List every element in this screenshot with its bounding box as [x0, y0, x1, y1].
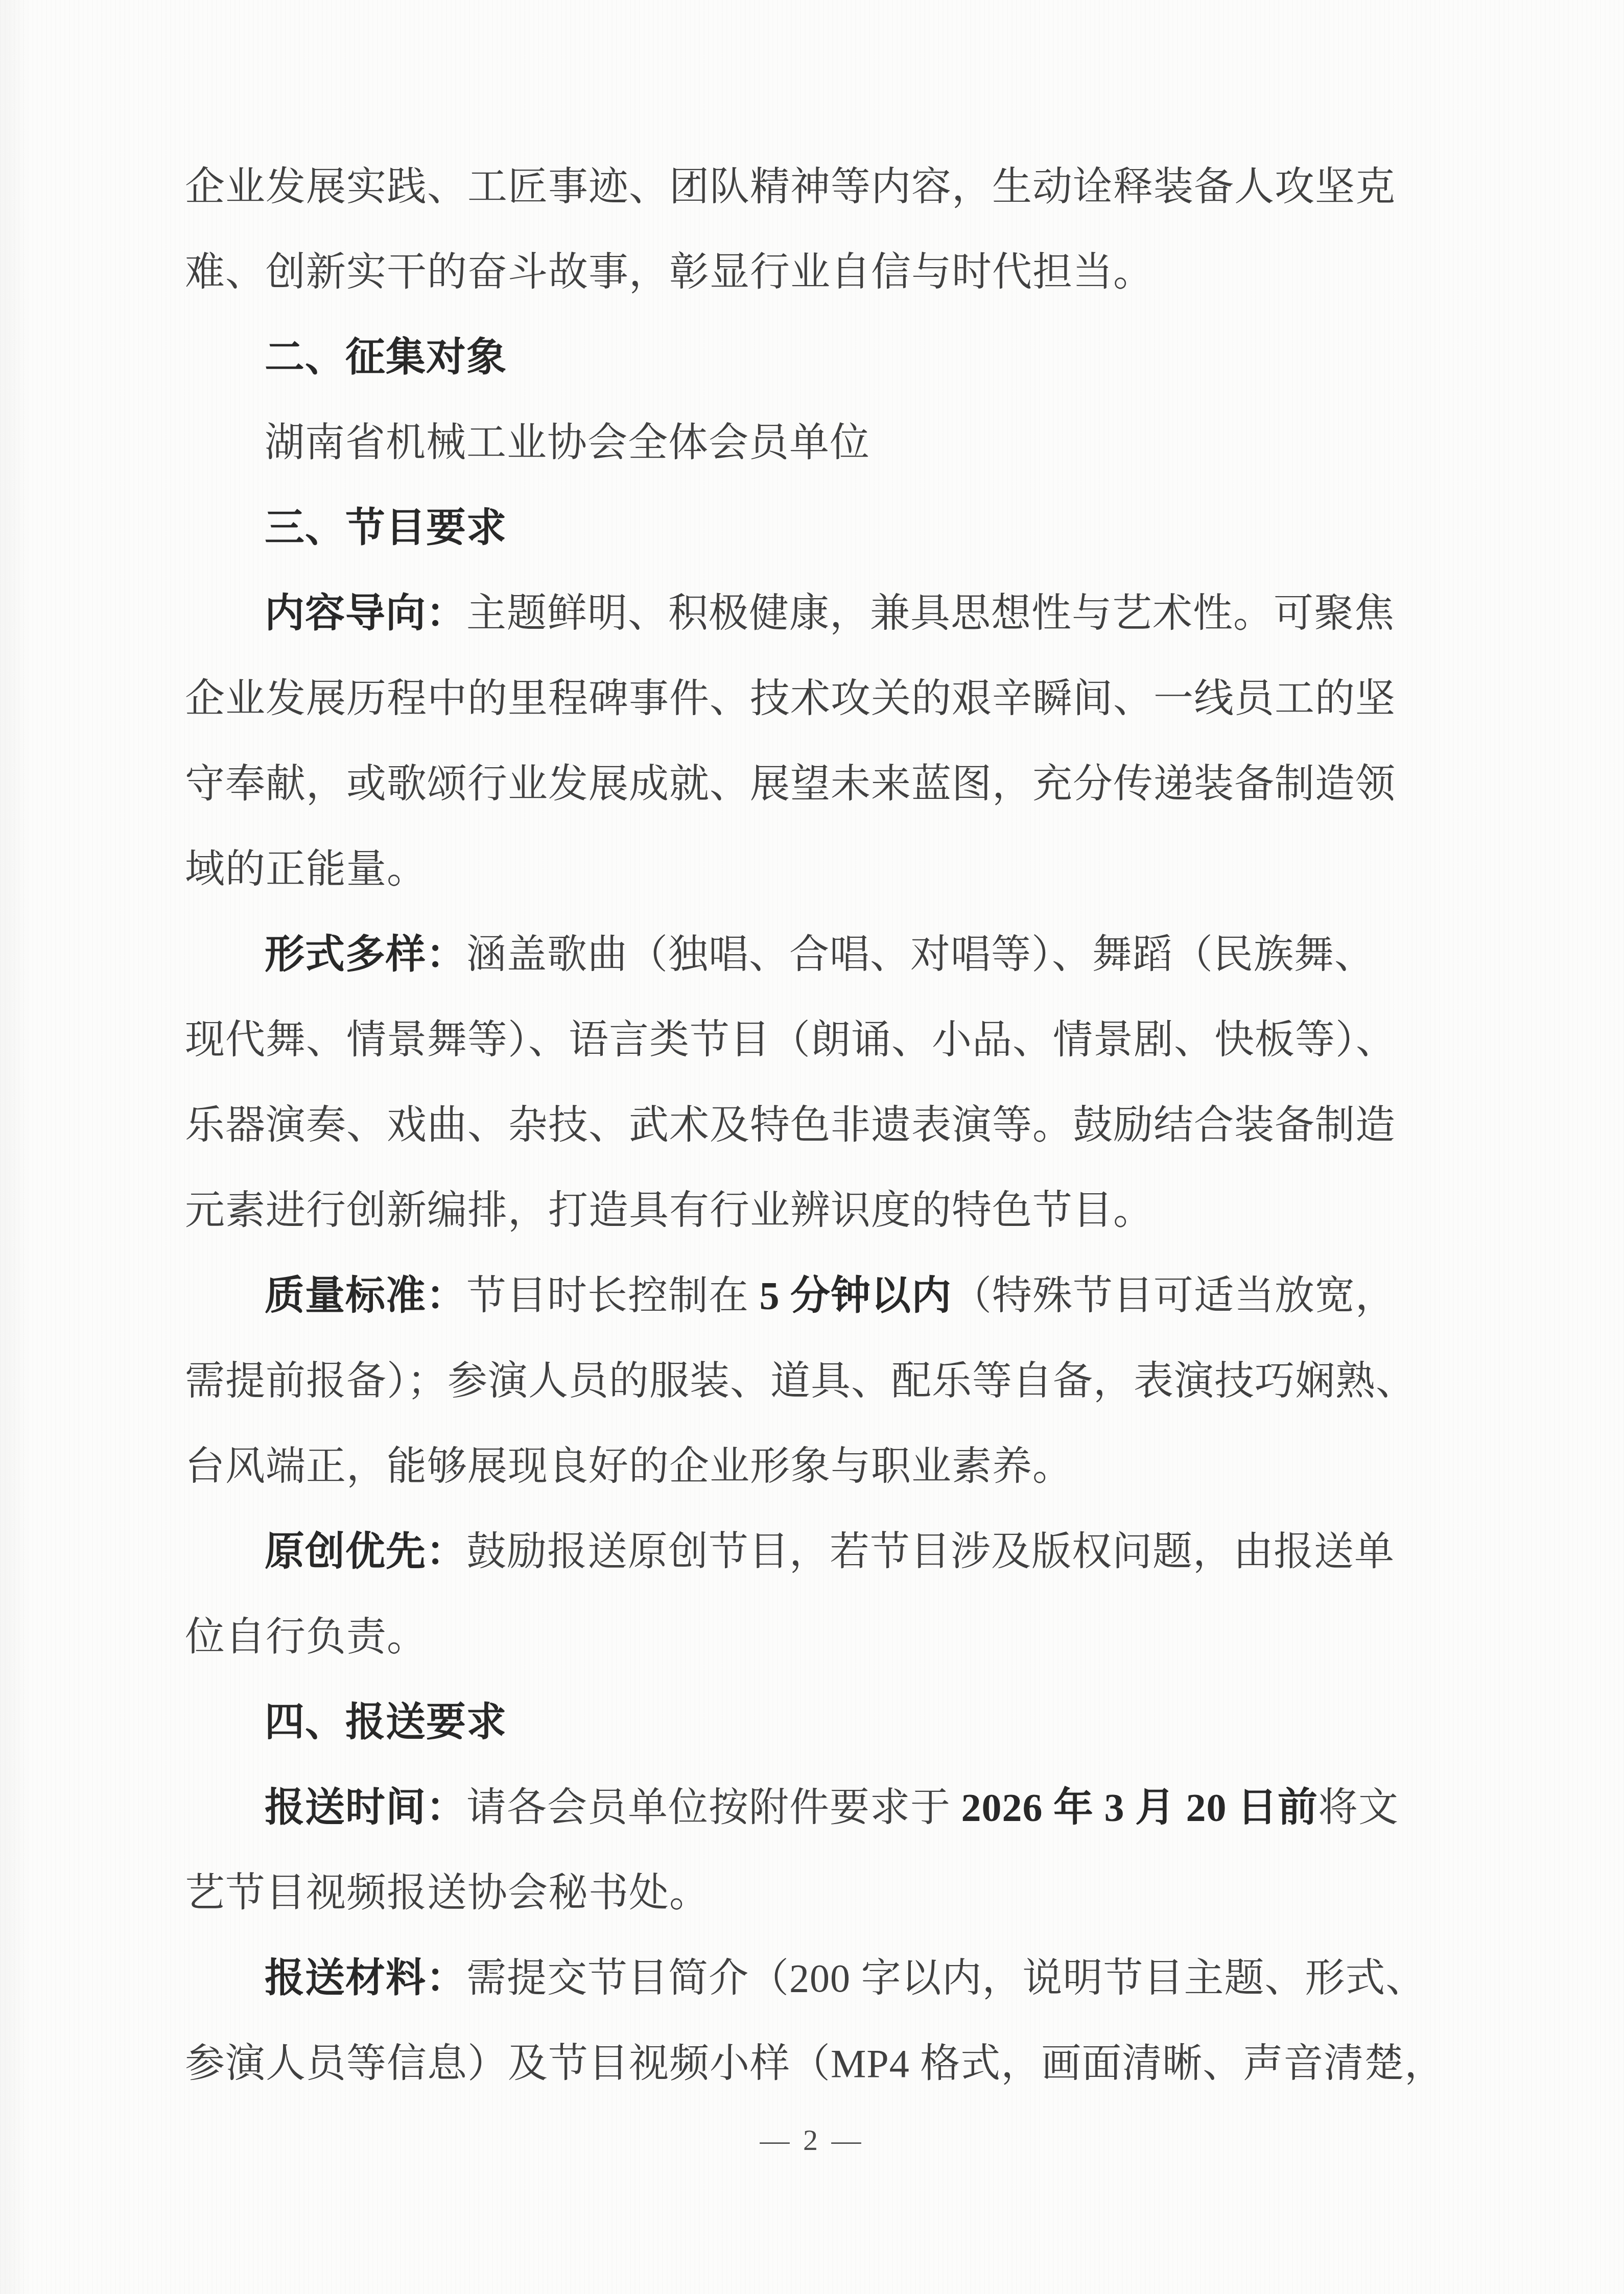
body-text: 请各会员单位按附件要求于 — [466, 1785, 961, 1830]
body-text: 企业发展历程中的里程碑事件、技术攻关的艰辛瞬间、一线员工的坚 — [185, 676, 1396, 721]
text-line: 台风端正，能够展现良好的企业形象与职业素养。 — [185, 1424, 1438, 1509]
body-text: 需提前报备）；参演人员的服装、道具、配乐等自备，表演技巧娴熟、 — [185, 1359, 1416, 1403]
text-line: 报送时间：请各会员单位按附件要求于 2026 年 3 月 20 日前将文 — [185, 1765, 1438, 1850]
text-line: 三、节目要求 — [185, 485, 1438, 571]
text-line: 参演人员等信息）及节目视频小样（MP4 格式，画面清晰、声音清楚， — [185, 2021, 1438, 2106]
emphasis-text: 质量标准： — [265, 1273, 466, 1318]
emphasis-text: 二、征集对象 — [265, 335, 507, 380]
emphasis-text: 内容导向： — [265, 591, 466, 635]
emphasis-text: 2026 年 3 月 20 日前 — [961, 1785, 1319, 1830]
body-text: 位自行负责。 — [185, 1615, 427, 1659]
emphasis-text: 三、节目要求 — [265, 506, 507, 550]
text-line: 域的正能量。 — [185, 826, 1438, 912]
emphasis-text: 报送时间： — [265, 1785, 466, 1830]
document-body: 企业发展实践、工匠事迹、团队精神等内容，生动诠释装备人攻坚克难、创新实干的奋斗故… — [185, 144, 1438, 2106]
body-text: 域的正能量。 — [185, 847, 427, 891]
page-number: — 2 — — [0, 2110, 1624, 2171]
text-line: 位自行负责。 — [185, 1594, 1438, 1680]
text-line: 需提前报备）；参演人员的服装、道具、配乐等自备，表演技巧娴熟、 — [185, 1338, 1438, 1424]
text-line: 现代舞、情景舞等）、语言类节目（朗诵、小品、情景剧、快板等）、 — [185, 997, 1438, 1082]
text-line: 质量标准：节目时长控制在 5 分钟以内（特殊节目可适当放宽， — [185, 1253, 1438, 1338]
text-line: 艺节目视频报送协会秘书处。 — [185, 1850, 1438, 1935]
body-text: 元素进行创新编排，打造具有行业辨识度的特色节目。 — [185, 1188, 1154, 1233]
text-line: 湖南省机械工业协会全体会员单位 — [185, 400, 1438, 485]
text-line: 难、创新实干的奋斗故事，彰显行业自信与时代担当。 — [185, 229, 1438, 315]
body-text: 涵盖歌曲（独唱、合唱、对唱等）、舞蹈（民族舞、 — [466, 932, 1375, 977]
body-text: 参演人员等信息）及节目视频小样（MP4 格式，画面清晰、声音清楚， — [185, 2041, 1445, 2086]
body-text: 湖南省机械工业协会全体会员单位 — [265, 420, 870, 465]
text-line: 内容导向：主题鲜明、积极健康，兼具思想性与艺术性。可聚焦 — [185, 571, 1438, 656]
text-line: 企业发展实践、工匠事迹、团队精神等内容，生动诠释装备人攻坚克 — [185, 144, 1438, 229]
text-line: 元素进行创新编排，打造具有行业辨识度的特色节目。 — [185, 1168, 1438, 1253]
body-text: 乐器演奏、戏曲、杂技、武术及特色非遗表演等。鼓励结合装备制造 — [185, 1103, 1396, 1147]
emphasis-text: 原创优先： — [265, 1529, 466, 1574]
text-line: 二、征集对象 — [185, 315, 1438, 400]
emphasis-text: 报送材料： — [265, 1956, 466, 2000]
text-line: 乐器演奏、戏曲、杂技、武术及特色非遗表演等。鼓励结合装备制造 — [185, 1082, 1438, 1168]
body-text: 需提交节目简介（200 字以内，说明节目主题、形式、 — [466, 1956, 1426, 2000]
body-text: 企业发展实践、工匠事迹、团队精神等内容，生动诠释装备人攻坚克 — [185, 164, 1396, 209]
text-lines-container: 企业发展实践、工匠事迹、团队精神等内容，生动诠释装备人攻坚克难、创新实干的奋斗故… — [185, 144, 1438, 2106]
body-text: 节目时长控制在 — [466, 1273, 760, 1318]
body-text: 守奉献，或歌颂行业发展成就、展望未来蓝图，充分传递装备制造领 — [185, 762, 1396, 806]
body-text: 鼓励报送原创节目，若节目涉及版权问题，由报送单 — [466, 1529, 1395, 1574]
document-page: { "page": { "number_label": "— 2 —", "ba… — [0, 0, 1624, 2294]
body-text: 现代舞、情景舞等）、语言类节目（朗诵、小品、情景剧、快板等）、 — [185, 1018, 1396, 1062]
text-line: 报送材料：需提交节目简介（200 字以内，说明节目主题、形式、 — [185, 1935, 1438, 2021]
body-text: 将文 — [1318, 1785, 1399, 1830]
body-text: 难、创新实干的奋斗故事，彰显行业自信与时代担当。 — [185, 250, 1154, 294]
body-text: 艺节目视频报送协会秘书处。 — [185, 1871, 710, 1915]
body-text: 主题鲜明、积极健康，兼具思想性与艺术性。可聚焦 — [466, 591, 1395, 635]
emphasis-text: 形式多样： — [265, 932, 466, 977]
body-text: 台风端正，能够展现良好的企业形象与职业素养。 — [185, 1444, 1073, 1488]
text-line: 企业发展历程中的里程碑事件、技术攻关的艰辛瞬间、一线员工的坚 — [185, 656, 1438, 741]
text-line: 原创优先：鼓励报送原创节目，若节目涉及版权问题，由报送单 — [185, 1509, 1438, 1594]
emphasis-text: 四、报送要求 — [265, 1700, 507, 1744]
text-line: 形式多样：涵盖歌曲（独唱、合唱、对唱等）、舞蹈（民族舞、 — [185, 912, 1438, 997]
text-line: 守奉献，或歌颂行业发展成就、展望未来蓝图，充分传递装备制造领 — [185, 741, 1438, 826]
body-text: （特殊节目可适当放宽， — [952, 1273, 1396, 1318]
emphasis-text: 5 分钟以内 — [760, 1273, 952, 1318]
text-line: 四、报送要求 — [185, 1680, 1438, 1765]
